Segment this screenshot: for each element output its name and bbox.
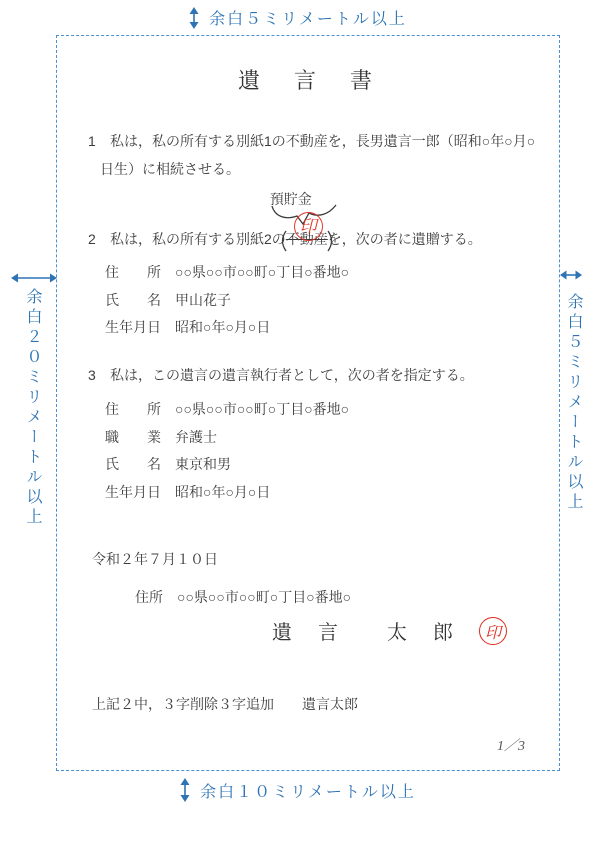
testator-address: 住所 ○○県○○市○○町○丁目○番地○ bbox=[135, 587, 351, 607]
will-document-page: 余白５ミリメートル以上 余白１０ミリメートル以上 余白２０ミリメートル以上 余白… bbox=[0, 0, 595, 842]
correction-seal-stamp: 印 bbox=[294, 212, 323, 241]
vertical-double-arrow-icon bbox=[179, 778, 191, 802]
testator-signature: 遺 言 太 郎 bbox=[272, 616, 456, 645]
clause-text: を，次の者に遺贈する。 bbox=[328, 231, 482, 247]
horizontal-double-arrow-icon bbox=[11, 272, 57, 284]
horizontal-double-arrow-icon bbox=[560, 269, 582, 281]
clause-text-wrap: 日生）に相続させる。 bbox=[100, 155, 240, 183]
executor-details: 住 所 ○○県○○市○○町○丁目○番地○ 職 業 弁護士 氏 名 東京和男 生年… bbox=[105, 396, 349, 506]
clause-number: 2 bbox=[88, 229, 110, 249]
document-title: 遺 言 書 bbox=[56, 64, 560, 95]
clause-text: 私は，この遺言の遺言執行者として，次の者を指定する。 bbox=[110, 367, 474, 383]
executor-birthdate: 生年月日 昭和○年○月○日 bbox=[105, 479, 349, 507]
clause-3: 3私は，この遺言の遺言執行者として，次の者を指定する。 bbox=[88, 365, 474, 385]
clause-1: 1私は，私の所有する別紙1の不動産を，長男遺言一郎（昭和○年○月○ 日生）に相続… bbox=[88, 127, 535, 183]
seal-character: 印 bbox=[485, 620, 501, 643]
clause-number: 1 bbox=[88, 127, 110, 155]
top-margin-annotation: 余白５ミリメートル以上 bbox=[0, 6, 595, 29]
executor-occupation: 職 業 弁護士 bbox=[105, 424, 349, 452]
seal-character: 印 bbox=[300, 217, 317, 237]
beneficiary-address: 住 所 ○○県○○市○○町○丁目○番地○ bbox=[105, 259, 349, 287]
left-margin-label: 余白２０ミリメートル以上 bbox=[21, 288, 44, 528]
executor-name: 氏 名 東京和男 bbox=[105, 451, 349, 479]
top-margin-label: 余白５ミリメートル以上 bbox=[209, 6, 407, 29]
signature-seal-stamp: 印 bbox=[479, 617, 507, 645]
bottom-margin-annotation: 余白１０ミリメートル以上 bbox=[0, 778, 595, 802]
beneficiary-details: 住 所 ○○県○○市○○町○丁目○番地○ 氏 名 甲山花子 生年月日 昭和○年○… bbox=[105, 259, 349, 342]
beneficiary-name: 氏 名 甲山花子 bbox=[105, 287, 349, 315]
clause-number: 3 bbox=[88, 365, 110, 385]
correction-cluster: 不動産預貯金印 bbox=[286, 229, 328, 249]
clause-text: 私は，私の所有する別紙2の bbox=[110, 231, 286, 247]
beneficiary-birthdate: 生年月日 昭和○年○月○日 bbox=[105, 314, 349, 342]
page-number: 1／3 bbox=[497, 735, 525, 755]
executor-address: 住 所 ○○県○○市○○町○丁目○番地○ bbox=[105, 396, 349, 424]
vertical-double-arrow-icon bbox=[188, 7, 200, 29]
will-date: 令和２年７月１０日 bbox=[92, 549, 218, 569]
inserted-word: 預貯金 bbox=[270, 189, 312, 209]
clause-text: 私は，私の所有する別紙1の不動産を，長男遺言一郎（昭和○年○月○ bbox=[110, 133, 535, 149]
clause-2: 2私は，私の所有する別紙2の 不動産預貯金印を，次の者に遺贈する。 bbox=[88, 229, 482, 249]
bottom-margin-label: 余白１０ミリメートル以上 bbox=[200, 779, 416, 802]
correction-note: 上記２中，３字削除３字追加 遺言太郎 bbox=[92, 694, 358, 714]
right-margin-label: 余白５ミリメートル以上 bbox=[562, 293, 585, 513]
